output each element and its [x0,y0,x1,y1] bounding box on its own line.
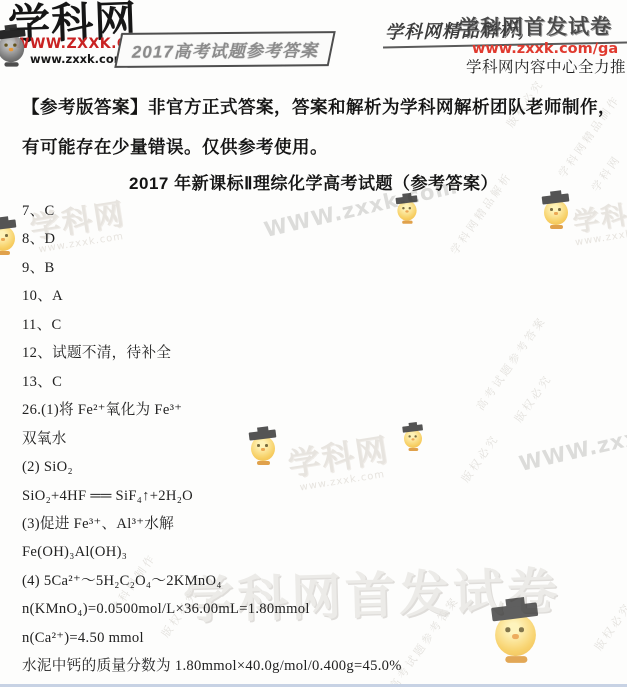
disclaimer-paragraph: 【参考版答案】非官方正式答案，答案和解析为学科网解析团队老师制作，有可能存在少量… [22,88,616,168]
banner-label: 2017高考试题参考答案 [132,36,318,63]
answer-line: 9、B [22,254,402,282]
answer-line: 11、C [22,311,402,339]
answer-line: SiO₂+4HF ══ SiF₄↑+2H₂O [22,482,402,510]
mascot-cap [0,219,16,230]
zxxk-mascot-icon [0,218,18,260]
zxxk-mascot-icon [490,600,541,671]
answer-line: 26.(1)将 Fe²⁺氧化为 Fe³⁺ [22,396,402,424]
header-url: www.zxxk.com/ga [472,41,618,57]
mascot-feet [402,221,412,224]
answer-line: Fe(OH)₃Al(OH)₃ [22,538,402,566]
zxxk-url-red: WWW.ZXXK.COM [14,36,155,52]
mascot-feet [0,251,10,255]
answer-line: (3)促进 Fe³⁺、Al³⁺水解 [22,510,402,538]
zxxk-url-watermark: WWW.zxxk.com [517,408,627,476]
answer-line: 10、A [22,282,402,310]
mascot-feet [409,448,419,451]
zxxk-logo-mascot-icon [0,26,28,72]
mascot-cap [402,424,423,432]
page-title: 2017 年新课标Ⅱ理综化学高考试题（参考答案） [0,169,627,194]
zxxk-logo-watermark: 学科网 www.zxxk.com [569,190,627,249]
mascot-feet [550,225,563,229]
tiny-watermark: 版权必究 [457,430,502,485]
zxxk-mascot-icon [402,423,425,455]
exam-answer-banner: 2017高考试题参考答案 [114,31,335,68]
mascot-cap [491,602,538,621]
mascot-body [404,429,422,448]
answer-line: (2) SiO₂ [22,453,402,481]
tiny-watermark: 高考试题参考答案 [472,313,549,414]
mascot-cap [542,193,570,204]
tiny-watermark: 版权必究 [510,370,555,425]
answer-list: 7、C 8、D 9、B 10、A 11、C 12、试题不清，待补全 13、C 2… [22,197,402,681]
mascot-body [0,35,24,62]
answer-line: 双氧水 [22,425,402,453]
tiny-watermark: 版权必究 [590,598,627,653]
mascot-body [495,614,536,657]
answer-line: (4) 5Ca²⁺～5H₂C₂O₄～2KMnO₄ [22,567,402,595]
first-release-stamp: 学科网首发试卷 [458,10,612,41]
handwritten-note: 学科网精品解析， [385,16,537,45]
watermark-brand-text: 学科网 [569,190,627,240]
handwritten-underline [383,41,627,48]
answer-line: 12、试题不清，待补全 [22,339,402,367]
mascot-feet [505,656,527,663]
mascot-body [544,200,568,225]
mascot-body [0,226,15,251]
watermark-url-text: www.zxxk.com [574,224,627,248]
scanned-answer-page: 学科网 www.zxxk.com WWW.zxxk.com 学科网 www.zx… [0,0,627,687]
mascot-feet [4,62,18,66]
header-tagline: 学科网内容中心全力推 [466,55,626,77]
answer-line: 13、C [22,368,402,396]
zxxk-mascot-icon [541,192,571,234]
zxxk-url-black: www.zxxk.com [30,52,126,66]
answer-line: 7、C [22,197,402,225]
zxxk-brand-logo: 学科网 [7,0,138,52]
answer-line: 8、D [22,225,402,253]
answer-line: n(KMnO₄)=0.0500mol/L×36.00mL=1.80mmol [22,595,402,623]
answer-line: n(Ca²⁺)=4.50 mmol [22,624,402,652]
mascot-cap [0,27,26,39]
answer-line: 水泥中钙的质量分数为 1.80mmol×40.0g/mol/0.400g=45.… [22,652,402,680]
